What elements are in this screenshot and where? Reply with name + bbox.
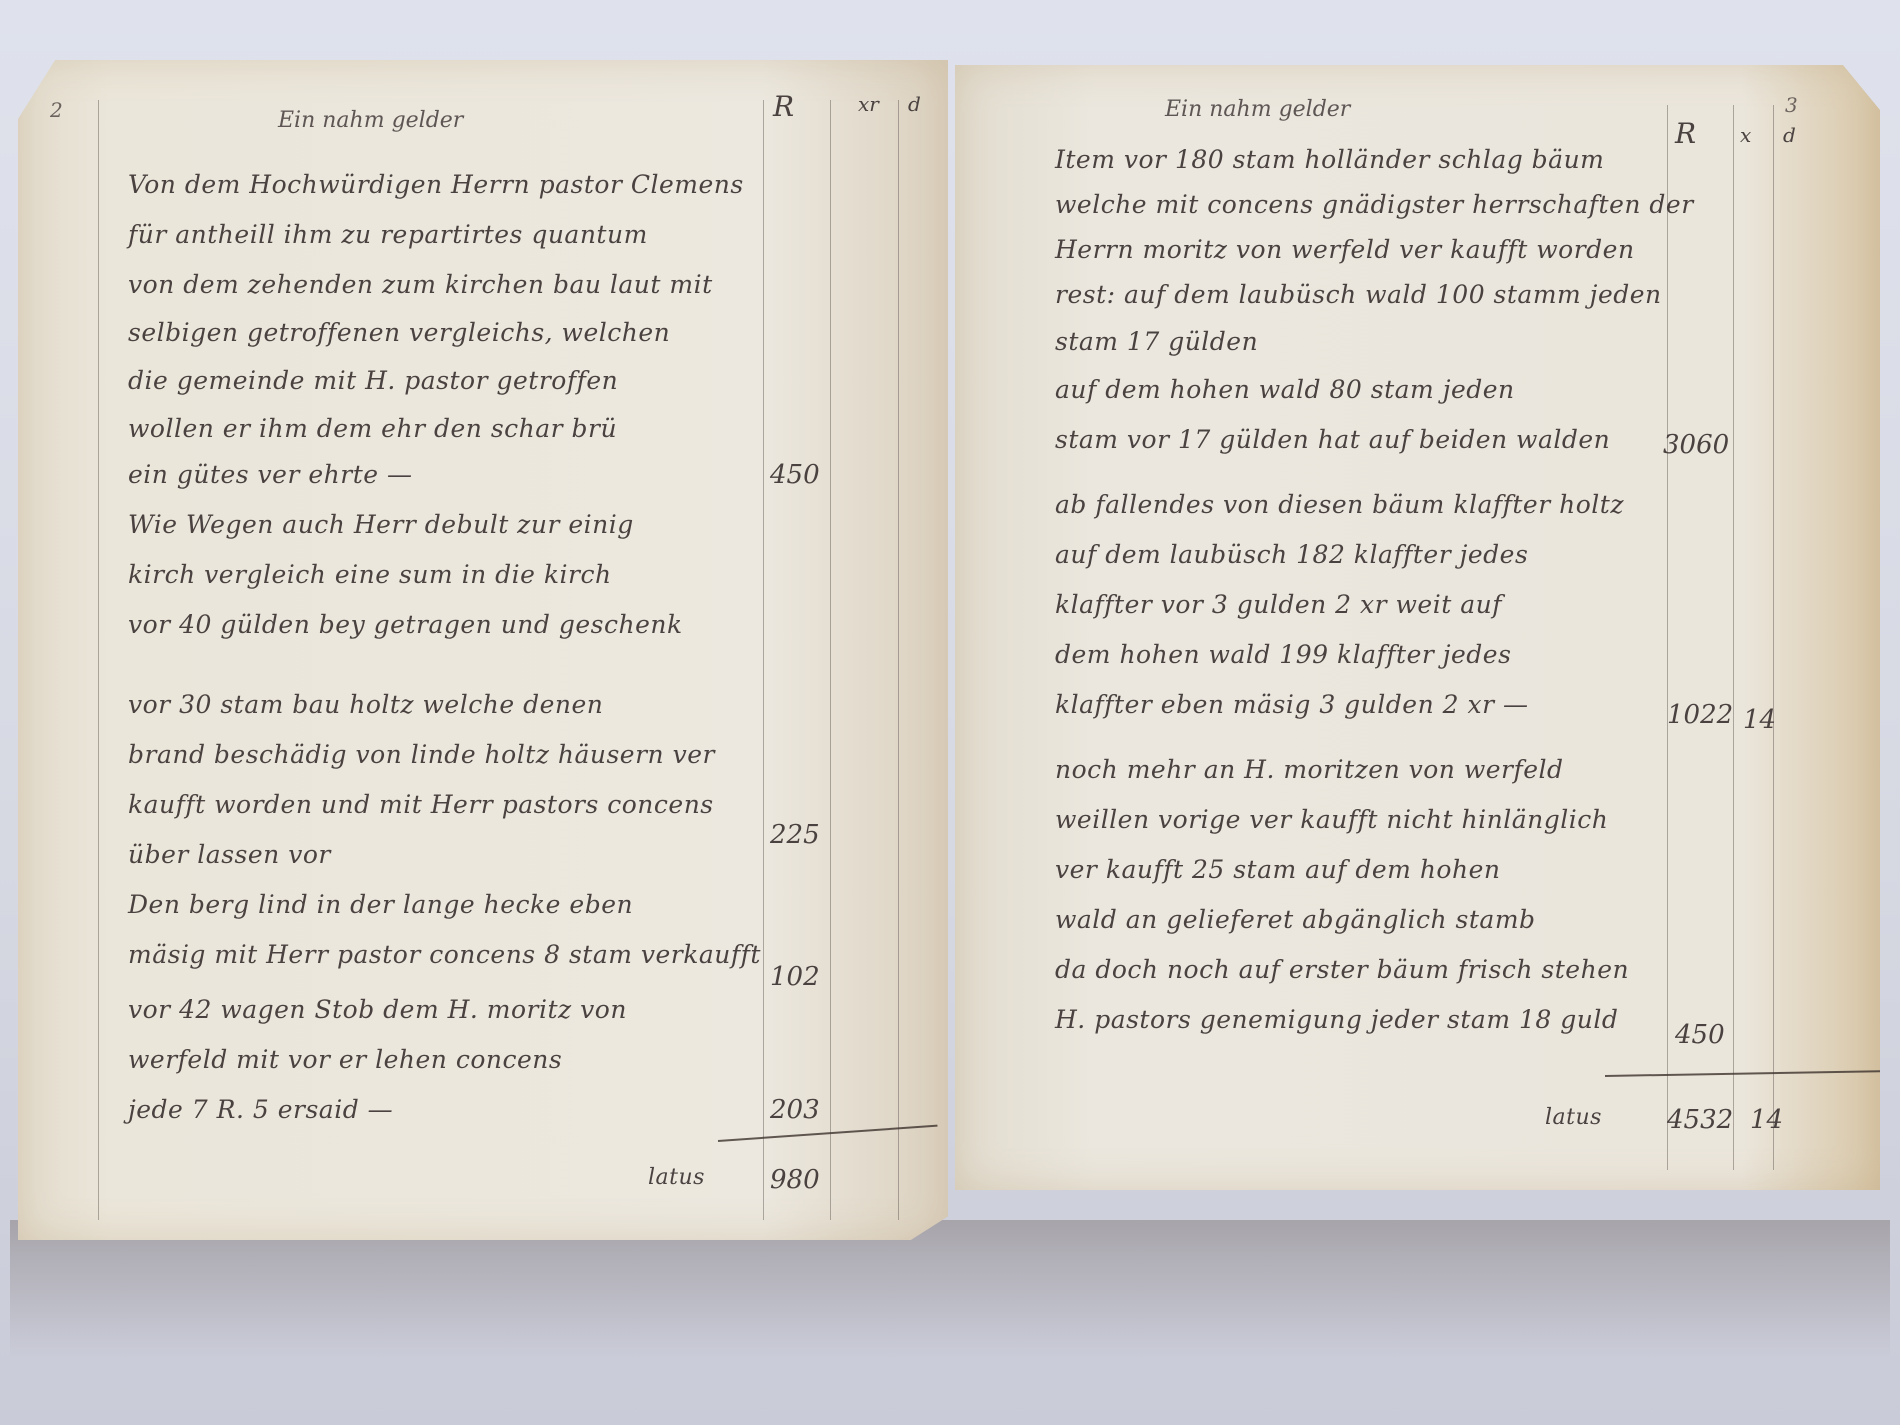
- entry-line: rest: auf dem laubüsch wald 100 stamm je…: [1055, 280, 1662, 309]
- entry-line: über lassen vor: [128, 840, 331, 869]
- entry-line: auf dem laubüsch 182 klaffter jedes: [1055, 540, 1528, 569]
- entry-line: Herrn moritz von werfeld ver kaufft word…: [1055, 235, 1635, 264]
- amount-xr: 14: [1743, 705, 1776, 735]
- amount-r: 203: [770, 1095, 820, 1125]
- amount-r: 450: [1675, 1020, 1725, 1050]
- entry-line: da doch noch auf erster bäum frisch steh…: [1055, 955, 1629, 984]
- entry-line: vor 30 stam bau holtz welche denen: [128, 690, 603, 719]
- page-heading: Ein nahm gelder: [278, 108, 463, 133]
- column-header-d: d: [1783, 123, 1796, 147]
- entry-line: stam 17 gülden: [1055, 327, 1258, 356]
- entry-line: brand beschädig von linde holtz häusern …: [128, 740, 715, 769]
- column-header-r: R: [773, 90, 794, 123]
- entry-line: selbigen getroffenen vergleichs, welchen: [128, 318, 670, 347]
- entry-line: kirch vergleich eine sum in die kirch: [128, 560, 612, 589]
- page-number: 3: [1785, 93, 1798, 117]
- column-rule-xr: [1733, 105, 1734, 1170]
- margin-rule: [98, 100, 99, 1220]
- entry-line: ein gütes ver ehrte —: [128, 460, 413, 489]
- left-page: 2 Ein nahm gelder R xr d Von dem Hochwür…: [18, 60, 948, 1240]
- entry-line: noch mehr an H. moritzen von werfeld: [1055, 755, 1564, 784]
- page-heading: Ein nahm gelder: [1165, 97, 1350, 122]
- entry-line: vor 40 gülden bey getragen und geschenk: [128, 610, 683, 639]
- right-page: 3 Ein nahm gelder R x d Item vor 180 sta…: [955, 65, 1880, 1190]
- entry-line: Den berg lind in der lange hecke eben: [128, 890, 633, 919]
- amount-r: 1022: [1667, 700, 1733, 730]
- entry-line: für antheill ihm zu repartirtes quantum: [128, 220, 648, 249]
- column-header-r: R: [1675, 117, 1696, 150]
- entry-line: kaufft worden und mit Herr pastors conce…: [128, 790, 714, 819]
- table-shadow: [10, 1220, 1890, 1360]
- total-label: latus: [1545, 1105, 1602, 1130]
- column-header-d: d: [908, 92, 921, 116]
- entry-line: Wie Wegen auch Herr debult zur einig: [128, 510, 634, 539]
- entry-line: Item vor 180 stam holländer schlag bäum: [1055, 145, 1604, 174]
- page-number: 2: [50, 98, 63, 122]
- amount-r: 102: [770, 962, 820, 992]
- entry-line: klaffter eben mäsig 3 gulden 2 xr —: [1055, 690, 1528, 719]
- total-xr: 14: [1750, 1105, 1783, 1135]
- entry-line: stam vor 17 gülden hat auf beiden walden: [1055, 425, 1610, 454]
- entry-line: von dem zehenden zum kirchen bau laut mi…: [128, 270, 713, 299]
- amount-r: 3060: [1663, 430, 1729, 460]
- column-rule-d: [898, 100, 899, 1220]
- entry-line: wald an gelieferet abgänglich stamb: [1055, 905, 1536, 934]
- entry-line: ab fallendes von diesen bäum klaffter ho…: [1055, 490, 1624, 519]
- entry-line: weillen vorige ver kaufft nicht hinlängl…: [1055, 805, 1608, 834]
- column-header-x: x: [1740, 123, 1751, 147]
- sum-line: [718, 1125, 938, 1142]
- total-label: latus: [648, 1165, 705, 1190]
- amount-r: 225: [770, 820, 820, 850]
- amount-r: 450: [770, 460, 820, 490]
- entry-line: dem hohen wald 199 klaffter jedes: [1055, 640, 1511, 669]
- entry-line: H. pastors genemigung jeder stam 18 guld: [1055, 1005, 1618, 1034]
- column-rule-d: [1773, 105, 1774, 1170]
- column-rule-r: [763, 100, 764, 1220]
- entry-line: werfeld mit vor er lehen concens: [128, 1045, 562, 1074]
- entry-line: vor 42 wagen Stob dem H. moritz von: [128, 995, 627, 1024]
- entry-line: welche mit concens gnädigster herrschaft…: [1055, 190, 1694, 219]
- entry-line: klaffter vor 3 gulden 2 xr weit auf: [1055, 590, 1502, 619]
- entry-line: auf dem hohen wald 80 stam jeden: [1055, 375, 1515, 404]
- entry-line: jede 7 R. 5 ersaid —: [128, 1095, 393, 1124]
- column-rule-xr: [830, 100, 831, 1220]
- column-header-xr: xr: [858, 92, 879, 116]
- entry-line: die gemeinde mit H. pastor getroffen: [128, 366, 618, 395]
- total-r: 980: [770, 1165, 820, 1195]
- entry-line: Von dem Hochwürdigen Herrn pastor Clemen…: [128, 170, 744, 199]
- entry-line: mäsig mit Herr pastor concens 8 stam ver…: [128, 940, 761, 969]
- entry-line: ver kaufft 25 stam auf dem hohen: [1055, 855, 1500, 884]
- column-rule-r: [1667, 105, 1668, 1170]
- total-r: 4532: [1667, 1105, 1733, 1135]
- entry-line: wollen er ihm dem ehr den schar brü: [128, 414, 617, 443]
- sum-line: [1605, 1070, 1885, 1077]
